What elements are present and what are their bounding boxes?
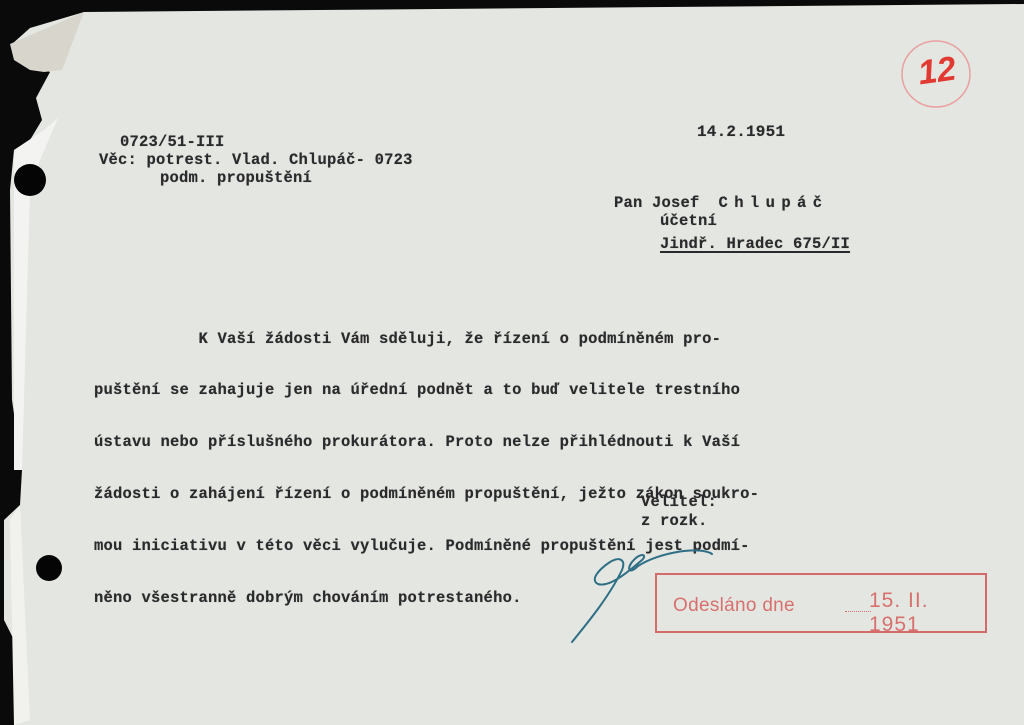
stamp-dotted-line <box>845 611 871 612</box>
folio-number: 12 <box>908 48 967 94</box>
recipient-address: Jindř. Hradec 675/II <box>660 236 850 253</box>
punch-hole-top <box>14 164 46 196</box>
subject-label: Věc: <box>99 151 137 169</box>
document-page: 12 0723/51-III Věc: potrest. Vlad. Chlup… <box>0 0 1024 725</box>
punch-hole-bottom <box>36 555 62 581</box>
signature-by-order: z rozk. <box>641 513 708 530</box>
body-line: K Vaší žádosti Vám sděluji, že řízení o … <box>94 331 954 348</box>
recipient-salutation: Pan Josef <box>614 194 700 212</box>
reference-number: 0723/51-III <box>120 134 225 151</box>
body-line: mou iniciativu v této věci vylučuje. Pod… <box>94 538 954 555</box>
recipient-surname: Chlupáč <box>719 194 829 212</box>
stamp-date: 15. II. 1951 <box>869 589 985 637</box>
body-line: žádosti o zahájení řízení o podmíněném p… <box>94 486 954 503</box>
subject-text: potrest. Vlad. Chlupáč- 0723 <box>147 151 413 169</box>
subject-line: Věc: potrest. Vlad. Chlupáč- 0723 <box>99 152 413 169</box>
recipient-name: Pan Josef Chlupáč <box>614 195 828 212</box>
dispatch-stamp: Odesláno dne 15. II. 1951 <box>655 573 987 633</box>
recipient-occupation: účetní <box>660 213 717 230</box>
body-line: ústavu nebo příslušného prokurátora. Pro… <box>94 434 954 451</box>
stamp-label: Odesláno dne <box>673 595 795 617</box>
body-line: puštění se zahajuje jen na úřední podnět… <box>94 382 954 399</box>
signature-role: Velitel: <box>641 494 717 511</box>
subject-line-2: podm. propuštění <box>160 170 312 187</box>
document-date: 14.2.1951 <box>697 124 785 141</box>
